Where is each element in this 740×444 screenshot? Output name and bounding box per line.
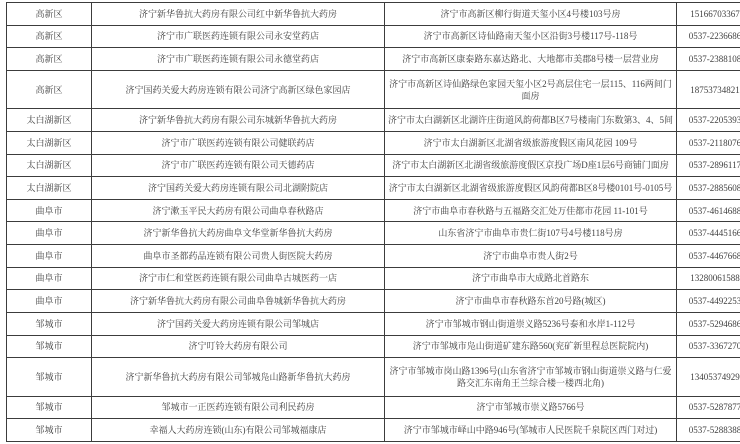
table-row: 曲阜市济宁新华鲁抗大药房有限公司曲阜鲁城新华鲁抗大药房济宁市曲阜市春秋路东首20… (7, 290, 740, 313)
name-cell: 济宁国药关爱大药房连锁有限公司北湖附院店 (92, 177, 385, 200)
name-cell: 济宁市仁和堂医药连锁有限公司曲阜古城医药一店 (92, 267, 385, 290)
district-cell: 曲阜市 (7, 245, 92, 268)
address-cell: 山东省济宁市曲阜市贵仁街107号4号楼118号房 (385, 222, 677, 245)
table-row: 高新区济宁市广联医药连锁有限公司永安堂药店济宁市高新区诗仙路南天玺小区沿街3号楼… (7, 25, 740, 48)
phone-cell: 0537-5287877 (677, 396, 740, 419)
table-row: 邹城市济宁新华鲁抗大药房有限公司邹城凫山路新华鲁抗大药房济宁市邹城市岗山路139… (7, 358, 740, 397)
district-cell: 曲阜市 (7, 267, 92, 290)
name-cell: 济宁市广联医药连锁有限公司永安堂药店 (92, 25, 385, 48)
table-row: 曲阜市济宁漱玉平民大药房有限公司曲阜春秋路店济宁市曲阜市春秋路与五福路交汇处万佳… (7, 199, 740, 222)
name-cell: 济宁漱玉平民大药房有限公司曲阜春秋路店 (92, 199, 385, 222)
name-cell: 济宁新华鲁抗大药房曲阜文华堂新华鲁抗大药房 (92, 222, 385, 245)
address-cell: 济宁市邹城市崇义路5766号 (385, 396, 677, 419)
table-row: 邹城市济宁叮铃大药房有限公司济宁市邹城市凫山街道矿建东路560(兖矿新里程总医院… (7, 335, 740, 358)
phone-cell: 0537-4445166 (677, 222, 740, 245)
district-cell: 曲阜市 (7, 290, 92, 313)
address-cell: 济宁市邹城市峄山中路946号(邹城市人民医院千泉院区西门对过) (385, 419, 677, 442)
table-row: 邹城市济宁国药关爱大药房连锁有限公司邹城店济宁市邹城市钢山街道崇义路5236号泰… (7, 312, 740, 335)
address-cell: 济宁市高新区诗仙路绿色家园天玺小区2号高层住宅一层115、116两间门面房 (385, 70, 677, 109)
district-cell: 高新区 (7, 70, 92, 109)
phone-cell: 0537-2896117 (677, 154, 740, 177)
address-cell: 济宁市邹城市岗山路1396号(山东省济宁市邹城市钢山街道崇义路与仁爱路交汇东南角… (385, 358, 677, 397)
pharmacy-list-page: 高新区济宁新华鲁抗大药房有限公司红中新华鲁抗大药房济宁市高新区柳行街道天玺小区4… (0, 0, 740, 444)
phone-cell: 0537-2885608 (677, 177, 740, 200)
phone-cell: 13280061588 (677, 267, 740, 290)
table-row: 邹城市幸福人大药房连锁(山东)有限公司邹城福康店济宁市邹城市峄山中路946号(邹… (7, 419, 740, 442)
name-cell: 幸福人大药房连锁(山东)有限公司邹城福康店 (92, 419, 385, 442)
district-cell: 高新区 (7, 48, 92, 71)
table-row: 曲阜市曲阜市圣都药品连锁有限公司贵人街医院大药房济宁市曲阜市贵人街2号0537-… (7, 245, 740, 268)
district-cell: 邹城市 (7, 358, 92, 397)
district-cell: 曲阜市 (7, 199, 92, 222)
phone-cell: 18753734821 (677, 70, 740, 109)
table-row: 太白湖新区济宁市广联医药连锁有限公司天德药店济宁市太白湖新区北湖省级旅游度假区京… (7, 154, 740, 177)
name-cell: 济宁新华鲁抗大药房有限公司曲阜鲁城新华鲁抗大药房 (92, 290, 385, 313)
name-cell: 济宁新华鲁抗大药房有限公司红中新华鲁抗大药房 (92, 3, 385, 26)
name-cell: 济宁国药关爱大药房连锁有限公司邹城店 (92, 312, 385, 335)
address-cell: 济宁市曲阜市贵人街2号 (385, 245, 677, 268)
district-cell: 太白湖新区 (7, 109, 92, 132)
district-cell: 太白湖新区 (7, 154, 92, 177)
phone-cell: 13405374929 (677, 358, 740, 397)
table-row: 太白湖新区济宁市广联医药连锁有限公司健联药店济宁市太白湖新区北湖省级旅游度假区南… (7, 132, 740, 155)
name-cell: 济宁国药关爱大药房连锁有限公司济宁高新区绿色家园店 (92, 70, 385, 109)
phone-cell: 0537-4492253 (677, 290, 740, 313)
phone-cell: 0537-5294686 (677, 312, 740, 335)
table-row: 邹城市邹城市一正医药连锁有限公司利民药房济宁市邹城市崇义路5766号0537-5… (7, 396, 740, 419)
address-cell: 济宁市曲阜市春秋路与五福路交汇处万佳都市花园 11-101号 (385, 199, 677, 222)
address-cell: 济宁市太白湖新区北湖省级旅游度假区京投广场D座1层6号商铺门面房 (385, 154, 677, 177)
district-cell: 邹城市 (7, 312, 92, 335)
phone-cell: 0537-4614688 (677, 199, 740, 222)
phone-cell: 0537-2388108 (677, 48, 740, 71)
address-cell: 济宁市太白湖新区北湖省级旅游度假区南风花园 109号 (385, 132, 677, 155)
address-cell: 济宁市高新区诗仙路南天玺小区沿街3号楼117号-118号 (385, 25, 677, 48)
name-cell: 曲阜市圣都药品连锁有限公司贵人街医院大药房 (92, 245, 385, 268)
address-cell: 济宁市曲阜市春秋路东首20号路(城区) (385, 290, 677, 313)
phone-cell: 0537-5288388 (677, 419, 740, 442)
table-row: 太白湖新区济宁国药关爱大药房连锁有限公司北湖附院店济宁市太白湖新区北湖省级旅游度… (7, 177, 740, 200)
table-row: 高新区济宁市广联医药连锁有限公司永德堂药店济宁市高新区康泰路东嘉达路北、大地都市… (7, 48, 740, 71)
table-row: 高新区济宁国药关爱大药房连锁有限公司济宁高新区绿色家园店济宁市高新区诗仙路绿色家… (7, 70, 740, 109)
table-row: 曲阜市济宁市仁和堂医药连锁有限公司曲阜古城医药一店济宁市曲阜市大成路北首路东13… (7, 267, 740, 290)
table-row: 太白湖新区济宁新华鲁抗大药房有限公司东城新华鲁抗大药房济宁市太白湖新区北湖许庄街… (7, 109, 740, 132)
address-cell: 济宁市曲阜市大成路北首路东 (385, 267, 677, 290)
address-cell: 济宁市太白湖新区北湖省级旅游度假区风韵荷都B区8号楼0101号-0105号 (385, 177, 677, 200)
table-row: 曲阜市济宁新华鲁抗大药房曲阜文华堂新华鲁抗大药房山东省济宁市曲阜市贵仁街107号… (7, 222, 740, 245)
address-cell: 济宁市邹城市凫山街道矿建东路560(兖矿新里程总医院院内) (385, 335, 677, 358)
pharmacy-table: 高新区济宁新华鲁抗大药房有限公司红中新华鲁抗大药房济宁市高新区柳行街道天玺小区4… (6, 2, 740, 442)
name-cell: 济宁叮铃大药房有限公司 (92, 335, 385, 358)
district-cell: 高新区 (7, 3, 92, 26)
district-cell: 邹城市 (7, 335, 92, 358)
district-cell: 太白湖新区 (7, 177, 92, 200)
phone-cell: 0537-2236686 (677, 25, 740, 48)
table-row: 高新区济宁新华鲁抗大药房有限公司红中新华鲁抗大药房济宁市高新区柳行街道天玺小区4… (7, 3, 740, 26)
phone-cell: 0537-2205393 (677, 109, 740, 132)
address-cell: 济宁市邹城市钢山街道崇义路5236号泰和水岸1-112号 (385, 312, 677, 335)
district-cell: 高新区 (7, 25, 92, 48)
address-cell: 济宁市高新区康泰路东嘉达路北、大地都市美郡8号楼一层营业房 (385, 48, 677, 71)
phone-cell: 0537-4467668 (677, 245, 740, 268)
district-cell: 太白湖新区 (7, 132, 92, 155)
name-cell: 邹城市一正医药连锁有限公司利民药房 (92, 396, 385, 419)
phone-cell: 0537-2118076 (677, 132, 740, 155)
phone-cell: 0537-3367270 (677, 335, 740, 358)
district-cell: 曲阜市 (7, 222, 92, 245)
address-cell: 济宁市太白湖新区北湖许庄街道风韵荷都B区7号楼南门东数第3、4、5间 (385, 109, 677, 132)
district-cell: 邹城市 (7, 419, 92, 442)
phone-cell: 15166703367 (677, 3, 740, 26)
address-cell: 济宁市高新区柳行街道天玺小区4号楼103号房 (385, 3, 677, 26)
name-cell: 济宁市广联医药连锁有限公司天德药店 (92, 154, 385, 177)
name-cell: 济宁新华鲁抗大药房有限公司东城新华鲁抗大药房 (92, 109, 385, 132)
name-cell: 济宁市广联医药连锁有限公司永德堂药店 (92, 48, 385, 71)
name-cell: 济宁新华鲁抗大药房有限公司邹城凫山路新华鲁抗大药房 (92, 358, 385, 397)
pharmacy-table-body: 高新区济宁新华鲁抗大药房有限公司红中新华鲁抗大药房济宁市高新区柳行街道天玺小区4… (7, 3, 740, 442)
district-cell: 邹城市 (7, 396, 92, 419)
name-cell: 济宁市广联医药连锁有限公司健联药店 (92, 132, 385, 155)
